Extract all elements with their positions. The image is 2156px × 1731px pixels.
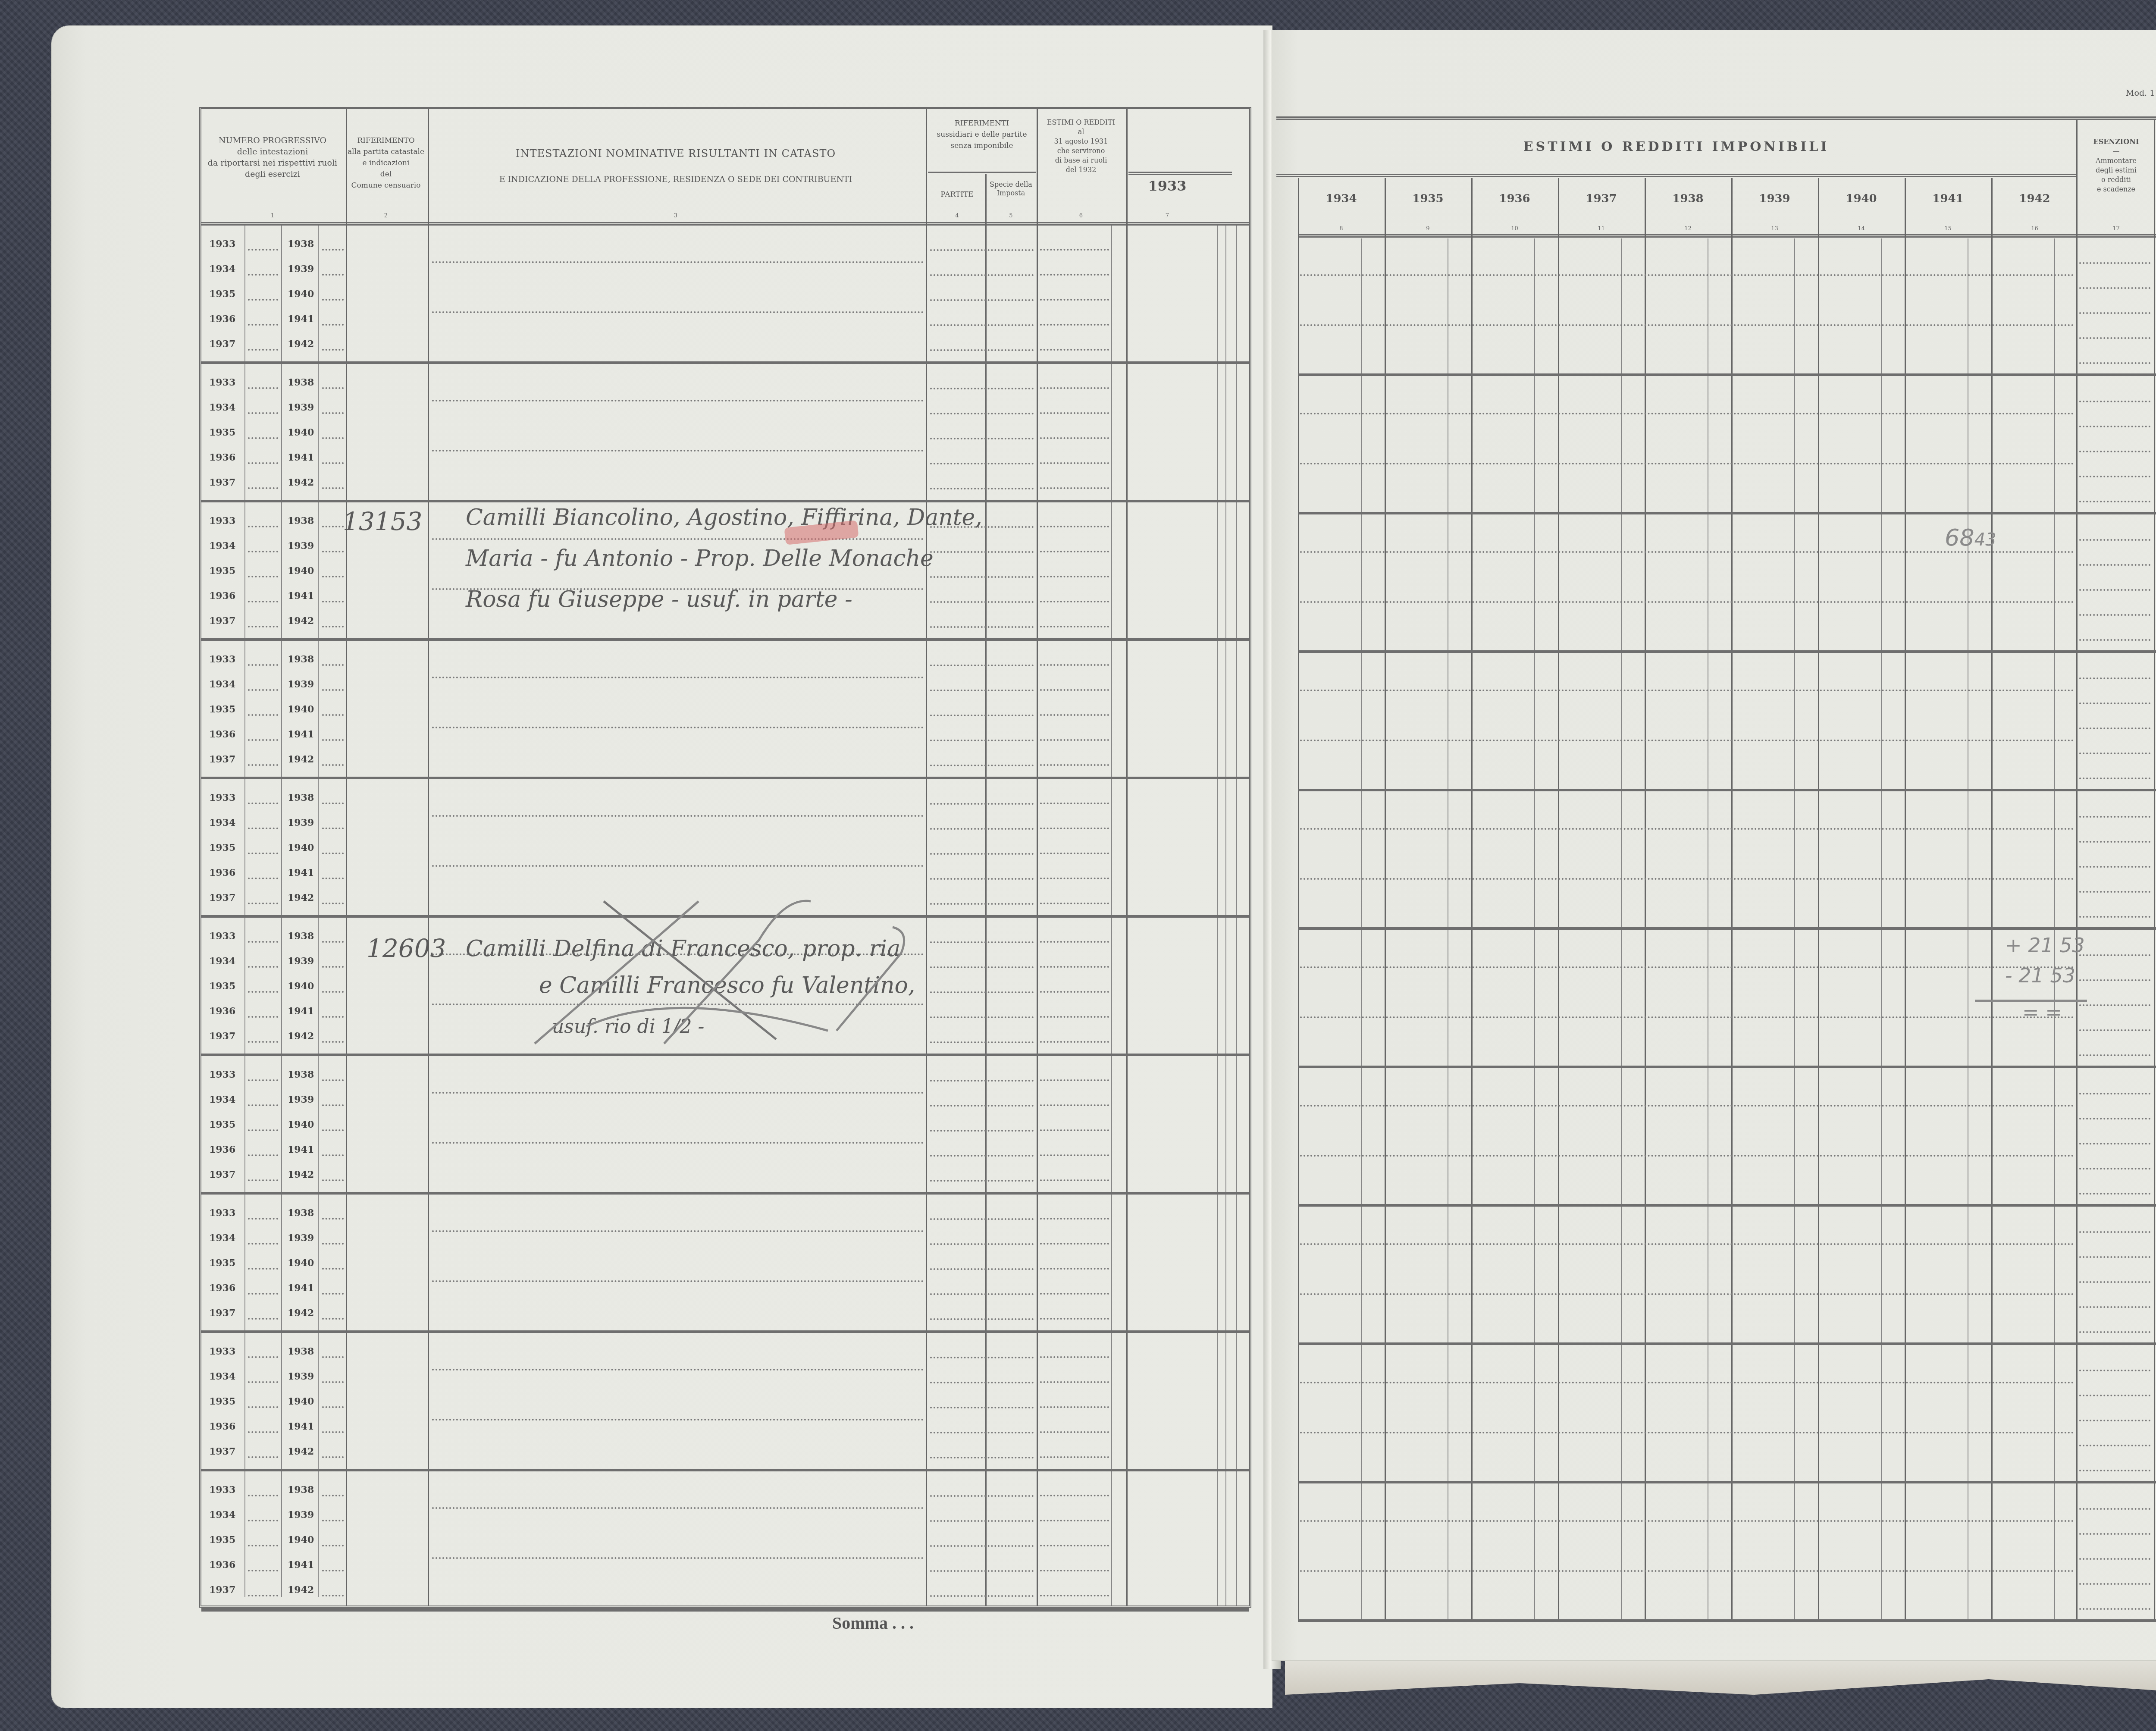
dotted-rule bbox=[322, 1268, 344, 1270]
dotted-rule bbox=[322, 1293, 344, 1295]
year-label-left: 1936 bbox=[209, 1421, 235, 1432]
partite-line bbox=[930, 1268, 1034, 1270]
dotted-rule bbox=[322, 689, 344, 691]
value-line bbox=[1300, 1155, 2074, 1157]
esenzioni-line: degli estimi bbox=[2078, 166, 2154, 175]
block-rule bbox=[201, 1192, 1249, 1195]
year-label-left: 1937 bbox=[209, 754, 235, 765]
col1-line: degli esercizi bbox=[201, 169, 344, 180]
col5-title: Specie della Imposta bbox=[986, 180, 1036, 198]
dotted-rule bbox=[1040, 941, 1109, 943]
dotted-rule bbox=[322, 1595, 344, 1596]
year-label-right: 1939 bbox=[288, 1232, 314, 1244]
partite-line bbox=[930, 828, 1034, 830]
year-label-right: 1939 bbox=[288, 402, 314, 413]
year-label-right: 1942 bbox=[288, 1584, 314, 1596]
value-integer: 68 bbox=[1945, 524, 1974, 551]
dotted-rule bbox=[322, 1520, 344, 1521]
dotted-rule bbox=[322, 1179, 344, 1181]
dotted-rule bbox=[248, 1520, 278, 1521]
year-column-header: 1936 bbox=[1471, 193, 1558, 204]
form-code: Mod. 111 - Imposte Dirette (Intercalare)… bbox=[2126, 88, 2156, 98]
dotted-rule bbox=[322, 576, 344, 577]
esenzioni-line bbox=[2079, 916, 2150, 918]
col-divider bbox=[2076, 120, 2078, 1621]
partite-line bbox=[930, 803, 1034, 805]
esenzioni-line bbox=[2079, 677, 2150, 679]
dotted-rule bbox=[322, 966, 344, 968]
partite-line bbox=[930, 438, 1034, 439]
esenzioni-line bbox=[2079, 1118, 2150, 1120]
dotted-rule bbox=[248, 1016, 278, 1018]
partite-line bbox=[930, 1318, 1034, 1320]
dotted-rule bbox=[248, 941, 278, 943]
esenzioni-line bbox=[2079, 1470, 2150, 1471]
dotted-rule bbox=[248, 1218, 278, 1220]
dotted-rule bbox=[248, 299, 278, 301]
col5-number: 5 bbox=[986, 213, 1036, 219]
dotted-rule bbox=[248, 966, 278, 968]
year-col-divider bbox=[244, 226, 245, 1597]
partite-line bbox=[930, 249, 1034, 251]
name-line bbox=[432, 1280, 924, 1282]
dotted-rule bbox=[248, 991, 278, 993]
year-label-right: 1940 bbox=[288, 565, 314, 577]
dotted-rule bbox=[322, 1104, 344, 1106]
dotted-rule bbox=[1040, 626, 1109, 627]
esenzioni-header: ESENZIONI — Ammontare degli estimi o red… bbox=[2078, 137, 2154, 194]
year-col-divider bbox=[281, 226, 282, 1597]
block-rule bbox=[1298, 1342, 2156, 1345]
dotted-rule bbox=[248, 1318, 278, 1320]
value-line bbox=[1300, 966, 2074, 968]
year-label-left: 1935 bbox=[209, 704, 235, 715]
dotted-rule bbox=[322, 664, 344, 666]
value-line bbox=[1300, 413, 2074, 414]
year-label-left: 1936 bbox=[209, 867, 235, 878]
dotted-rule bbox=[1040, 764, 1109, 766]
year-label-left: 1935 bbox=[209, 565, 235, 577]
block-rule bbox=[1298, 1619, 2156, 1622]
dotted-rule bbox=[1040, 1293, 1109, 1295]
col4-title: PARTITE bbox=[928, 189, 986, 200]
esenzioni-line bbox=[2079, 728, 2150, 729]
dotted-rule bbox=[1040, 1218, 1109, 1220]
dotted-rule bbox=[248, 1356, 278, 1358]
block-rule bbox=[1298, 789, 2156, 791]
value-line bbox=[1300, 1105, 2074, 1107]
year-column-header: 1940 bbox=[1818, 193, 1905, 204]
year-col-divider bbox=[1298, 178, 1299, 1621]
year-label-right: 1942 bbox=[288, 892, 314, 903]
block-rule bbox=[1298, 927, 2156, 930]
name-line bbox=[432, 815, 924, 817]
dotted-rule bbox=[322, 991, 344, 993]
partite-line bbox=[930, 853, 1034, 855]
dotted-rule bbox=[322, 299, 344, 301]
partite-line bbox=[930, 765, 1034, 766]
year-column-number: 9 bbox=[1385, 226, 1471, 232]
year-label-left: 1937 bbox=[209, 1584, 235, 1596]
esenzioni-line bbox=[2079, 866, 2150, 868]
year-label-left: 1935 bbox=[209, 427, 235, 438]
col2-number: 2 bbox=[347, 213, 425, 219]
dotted-rule bbox=[322, 764, 344, 766]
dotted-rule bbox=[1040, 1431, 1109, 1433]
dotted-rule bbox=[1040, 601, 1109, 602]
year-label-left: 1934 bbox=[209, 1232, 235, 1244]
dotted-rule bbox=[322, 487, 344, 489]
dotted-rule bbox=[1040, 1179, 1109, 1181]
esenzioni-line bbox=[2079, 287, 2150, 289]
col-divider bbox=[2154, 120, 2155, 1621]
name-line bbox=[432, 400, 924, 401]
year-column-header: 1938 bbox=[1645, 193, 1731, 204]
year-label-right: 1938 bbox=[288, 238, 314, 250]
col3-title: INTESTAZIONI NOMINATIVE RISULTANTI IN CA… bbox=[430, 148, 921, 159]
value-line bbox=[1300, 463, 2074, 464]
year-label-right: 1938 bbox=[288, 515, 314, 527]
partite-line bbox=[930, 551, 1034, 553]
year-label-right: 1942 bbox=[288, 754, 314, 765]
esenzioni-line bbox=[2079, 564, 2150, 566]
esenzioni-line bbox=[2079, 816, 2150, 818]
dotted-rule bbox=[248, 828, 278, 829]
block-rule bbox=[1298, 1066, 2156, 1068]
dotted-rule bbox=[1040, 803, 1109, 804]
year-column-header: 1941 bbox=[1905, 193, 1991, 204]
year-label-right: 1941 bbox=[288, 729, 314, 740]
year-label-left: 1933 bbox=[209, 1484, 235, 1496]
year-label-right: 1938 bbox=[288, 1346, 314, 1357]
year-label-right: 1938 bbox=[288, 931, 314, 942]
block-rule bbox=[201, 361, 1249, 364]
year-label-left: 1937 bbox=[209, 615, 235, 627]
value-line bbox=[1300, 1016, 2074, 1018]
dotted-rule bbox=[248, 526, 278, 527]
year-label-left: 1937 bbox=[209, 339, 235, 350]
name-line bbox=[432, 677, 924, 678]
value-cents: 43 bbox=[1974, 530, 1996, 550]
col2-line: alla partita catastale bbox=[347, 146, 425, 157]
dotted-rule bbox=[1040, 828, 1109, 829]
esenzioni-line: Ammontare bbox=[2078, 156, 2154, 166]
name-line bbox=[432, 1142, 924, 1144]
partite-line bbox=[930, 299, 1034, 301]
dotted-rule bbox=[322, 853, 344, 854]
year-column-number: 8 bbox=[1298, 226, 1385, 232]
dotted-rule bbox=[248, 1179, 278, 1181]
dotted-rule bbox=[1040, 1495, 1109, 1496]
esenzioni-line bbox=[2079, 451, 2150, 452]
partite-line bbox=[930, 1105, 1034, 1107]
dotted-rule bbox=[248, 249, 278, 251]
partite-line bbox=[930, 626, 1034, 628]
year-label-right: 1940 bbox=[288, 427, 314, 438]
block-rule bbox=[201, 500, 1249, 502]
dotted-rule bbox=[322, 462, 344, 464]
esenzioni-line bbox=[2079, 639, 2150, 641]
dotted-rule bbox=[322, 387, 344, 389]
year-label-right: 1939 bbox=[288, 263, 314, 275]
esenzioni-line bbox=[2079, 1256, 2150, 1258]
name-line bbox=[432, 538, 924, 540]
esenzioni-line bbox=[2079, 1608, 2150, 1610]
calc-line-3: = = bbox=[2022, 1000, 2062, 1024]
esenzioni-dash: — bbox=[2078, 147, 2154, 156]
esenzioni-title: ESENZIONI bbox=[2078, 137, 2154, 147]
name-line bbox=[432, 865, 924, 867]
riferimenti-header: RIFERIMENTI sussidiari e delle partite s… bbox=[928, 118, 1036, 151]
col3-number: 3 bbox=[430, 213, 921, 219]
dotted-rule bbox=[248, 412, 278, 414]
year-label-left: 1934 bbox=[209, 1509, 235, 1521]
dotted-rule bbox=[322, 1318, 344, 1320]
dotted-rule bbox=[1040, 991, 1109, 993]
year-label-left: 1934 bbox=[209, 1094, 235, 1105]
year-label-left: 1936 bbox=[209, 729, 235, 740]
dotted-rule bbox=[322, 551, 344, 552]
dotted-rule bbox=[248, 1545, 278, 1546]
esenzioni-line bbox=[2079, 362, 2150, 364]
header-rule bbox=[201, 222, 1249, 226]
esenzioni-line bbox=[2079, 1093, 2150, 1094]
year-label-right: 1941 bbox=[288, 452, 314, 463]
year-label-left: 1937 bbox=[209, 477, 235, 488]
year-column-header: 1937 bbox=[1558, 193, 1645, 204]
name-line bbox=[432, 1092, 924, 1094]
block-rule bbox=[1298, 1204, 2156, 1207]
crossed-out-strike bbox=[457, 888, 1000, 1052]
year-label-left: 1936 bbox=[209, 1144, 235, 1155]
partite-line bbox=[930, 1155, 1034, 1157]
dotted-rule bbox=[322, 941, 344, 943]
block-rule bbox=[201, 638, 1249, 641]
dotted-rule bbox=[322, 1431, 344, 1433]
year-label-left: 1933 bbox=[209, 931, 235, 942]
year-label-right: 1939 bbox=[288, 540, 314, 552]
year-label-right: 1941 bbox=[288, 1006, 314, 1017]
dotted-rule bbox=[248, 1381, 278, 1383]
col1-line: da riportarsi nei rispettivi ruoli bbox=[201, 157, 344, 169]
col6-header: ESTIMI O REDDITI al 31 agosto 1931 che s… bbox=[1038, 118, 1124, 175]
esenzioni-line bbox=[2079, 426, 2150, 427]
year-label-left: 1933 bbox=[209, 792, 235, 803]
year-label-left: 1935 bbox=[209, 842, 235, 853]
dotted-rule bbox=[248, 853, 278, 854]
year-label-left: 1937 bbox=[209, 1446, 235, 1457]
esenzioni-line bbox=[2079, 1370, 2150, 1371]
esenzioni-line: o redditi bbox=[2078, 175, 2154, 185]
year-label-left: 1934 bbox=[209, 540, 235, 552]
dotted-rule bbox=[322, 903, 344, 904]
col1-line: delle intestazioni bbox=[201, 146, 344, 157]
dotted-rule bbox=[1040, 1104, 1109, 1106]
year-label-right: 1938 bbox=[288, 1484, 314, 1496]
col6-line: al bbox=[1038, 127, 1124, 137]
year-label-right: 1939 bbox=[288, 956, 314, 967]
dotted-rule bbox=[322, 1079, 344, 1081]
col1-header: NUMERO PROGRESSIVO delle intestazioni da… bbox=[201, 135, 344, 180]
esenzioni-line bbox=[2079, 262, 2150, 264]
year-label-right: 1942 bbox=[288, 1169, 314, 1180]
dotted-rule bbox=[248, 1154, 278, 1156]
dotted-rule bbox=[1040, 1129, 1109, 1131]
dotted-rule bbox=[1040, 526, 1109, 527]
year-label-left: 1933 bbox=[209, 238, 235, 250]
year-label-left: 1933 bbox=[209, 1207, 235, 1219]
col6-title: ESTIMI O REDDITI bbox=[1038, 118, 1124, 127]
dotted-rule bbox=[1040, 1356, 1109, 1358]
dotted-rule bbox=[248, 1243, 278, 1245]
esenzioni-line bbox=[2079, 702, 2150, 704]
year-label-right: 1941 bbox=[288, 1144, 314, 1155]
dotted-rule bbox=[248, 551, 278, 552]
dotted-rule bbox=[1040, 1520, 1109, 1521]
esenzioni-line bbox=[2079, 337, 2150, 339]
year-column-header: 1935 bbox=[1385, 193, 1471, 204]
col6-line: 31 agosto 1931 bbox=[1038, 137, 1124, 146]
col-divider bbox=[926, 109, 927, 1606]
year-label-right: 1939 bbox=[288, 1094, 314, 1105]
esenzioni-line bbox=[2079, 1231, 2150, 1233]
partite-line bbox=[930, 1520, 1034, 1522]
value-line bbox=[1300, 1432, 2074, 1433]
dotted-rule bbox=[322, 1356, 344, 1358]
dotted-rule bbox=[248, 664, 278, 666]
year-col-divider bbox=[1645, 178, 1646, 1621]
esenzioni-line bbox=[2079, 1331, 2150, 1333]
year-label-right: 1942 bbox=[288, 477, 314, 488]
dotted-rule bbox=[322, 626, 344, 627]
esenzioni-line bbox=[2079, 1558, 2150, 1560]
partite-line bbox=[930, 324, 1034, 326]
dotted-rule bbox=[322, 526, 344, 527]
year-column-header: 1939 bbox=[1731, 193, 1818, 204]
col17-number: 17 bbox=[2078, 226, 2154, 232]
dotted-rule bbox=[322, 714, 344, 716]
value-line bbox=[1300, 274, 2074, 276]
dotted-rule bbox=[322, 739, 344, 741]
riferimenti-line: sussidiari e delle partite bbox=[928, 129, 1036, 140]
dotted-rule bbox=[322, 1381, 344, 1383]
year-col-divider bbox=[1818, 178, 1819, 1621]
partite-line bbox=[930, 715, 1034, 716]
year-column-header: 1942 bbox=[1991, 193, 2078, 204]
dotted-rule bbox=[248, 1079, 278, 1081]
year-label-left: 1936 bbox=[209, 590, 235, 602]
esenzioni-line bbox=[2079, 979, 2150, 981]
year-label-left: 1934 bbox=[209, 679, 235, 690]
col6-number: 6 bbox=[1038, 213, 1124, 219]
somma-label: Somma . . . bbox=[832, 1613, 914, 1633]
dotted-rule bbox=[1040, 1456, 1109, 1458]
year-label-left: 1935 bbox=[209, 981, 235, 992]
dotted-rule bbox=[248, 462, 278, 464]
year-label-right: 1941 bbox=[288, 1559, 314, 1571]
entry-13153-line1: Camilli Biancolino, Agostino, Fiffirina,… bbox=[466, 505, 982, 530]
year-label-right: 1941 bbox=[288, 1283, 314, 1294]
dotted-rule bbox=[1040, 324, 1109, 326]
dotted-rule bbox=[1040, 387, 1109, 389]
dotted-rule bbox=[1040, 878, 1109, 879]
partite-line bbox=[930, 1457, 1034, 1458]
partita-12603: 12603 bbox=[367, 934, 446, 963]
value-line bbox=[1300, 551, 2074, 553]
dotted-rule bbox=[1040, 714, 1109, 716]
dotted-rule bbox=[1040, 437, 1109, 439]
year-label-right: 1941 bbox=[288, 314, 314, 325]
dotted-rule bbox=[1040, 853, 1109, 854]
footer-rule bbox=[201, 1610, 1249, 1612]
dotted-rule bbox=[322, 249, 344, 251]
dotted-rule bbox=[1040, 551, 1109, 552]
entry-13153-line2: Maria - fu Antonio - Prop. Delle Monache bbox=[466, 546, 934, 571]
esenzioni-line bbox=[2079, 1054, 2150, 1056]
dotted-rule bbox=[322, 1545, 344, 1546]
year-label-right: 1941 bbox=[288, 867, 314, 878]
calc-line-2: - 21 53 bbox=[2005, 964, 2075, 987]
dotted-rule bbox=[248, 1570, 278, 1571]
value-line bbox=[1300, 878, 2074, 880]
dotted-rule bbox=[248, 274, 278, 276]
col2-line: e indicazioni bbox=[347, 157, 425, 169]
year-label-left: 1936 bbox=[209, 1283, 235, 1294]
dotted-rule bbox=[248, 1495, 278, 1496]
dotted-rule bbox=[1040, 274, 1109, 276]
partite-line bbox=[930, 665, 1034, 666]
dotted-rule bbox=[248, 626, 278, 627]
name-line bbox=[432, 1557, 924, 1559]
esenzioni-line bbox=[2079, 1281, 2150, 1283]
dotted-rule bbox=[1040, 1406, 1109, 1408]
dotted-rule bbox=[322, 437, 344, 439]
year-label-left: 1933 bbox=[209, 1069, 235, 1080]
col3-subtitle: E INDICAZIONE DELLA PROFESSIONE, RESIDEN… bbox=[430, 174, 921, 185]
partite-line bbox=[930, 274, 1034, 276]
dotted-rule bbox=[1040, 739, 1109, 741]
esenzioni-line bbox=[2079, 1533, 2150, 1535]
dotted-rule bbox=[248, 1104, 278, 1106]
year-label-right: 1941 bbox=[288, 590, 314, 602]
dotted-rule bbox=[322, 1129, 344, 1131]
dotted-rule bbox=[248, 1293, 278, 1295]
dotted-rule bbox=[1040, 299, 1109, 301]
dotted-rule bbox=[1040, 664, 1109, 666]
col-divider bbox=[428, 109, 429, 1606]
dotted-rule bbox=[322, 274, 344, 276]
value-line bbox=[1300, 1520, 2074, 1522]
dotted-rule bbox=[1040, 462, 1109, 464]
value-line bbox=[1300, 740, 2074, 741]
value-line bbox=[1300, 828, 2074, 830]
year-column-number: 13 bbox=[1731, 226, 1818, 232]
block-rule bbox=[201, 1330, 1249, 1333]
year-label-right: 1940 bbox=[288, 1257, 314, 1269]
partite-line bbox=[930, 349, 1034, 351]
col-divider bbox=[1037, 109, 1038, 1606]
year-label-right: 1940 bbox=[288, 1119, 314, 1130]
col2-title: RIFERIMENTO bbox=[347, 135, 425, 146]
col7-year: 1933 bbox=[1128, 180, 1206, 191]
year-column-header: 1934 bbox=[1298, 193, 1385, 204]
riferimenti-title: RIFERIMENTI bbox=[928, 118, 1036, 129]
dotted-rule bbox=[322, 601, 344, 602]
dotted-rule bbox=[1040, 1595, 1109, 1596]
year-label-left: 1933 bbox=[209, 515, 235, 527]
year-label-left: 1936 bbox=[209, 1006, 235, 1017]
dotted-rule bbox=[248, 437, 278, 439]
